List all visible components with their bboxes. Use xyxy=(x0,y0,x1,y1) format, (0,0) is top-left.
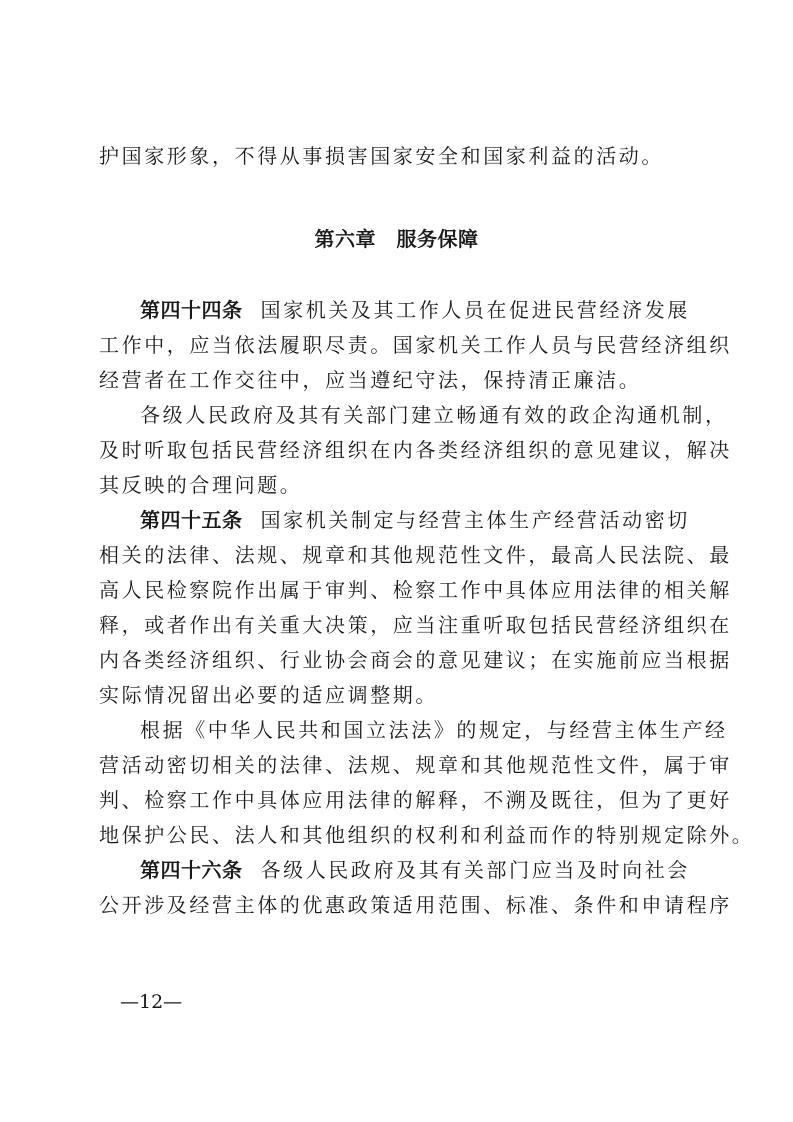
article-label: 第四十六条 xyxy=(140,858,243,882)
article-label: 第四十五条 xyxy=(140,508,243,532)
article-label: 第四十四条 xyxy=(140,298,243,322)
article-44-first-line: 第四十四条国家机关及其工作人员在促进民营经济发展 xyxy=(99,298,695,322)
text-line: 实际情况留出必要的适应调整期。 xyxy=(99,683,695,707)
article-text: 各级人民政府及其有关部门应当及时向社会 xyxy=(261,858,690,882)
text-line: 营活动密切相关的法律、法规、规章和其他规范性文件，属于审 xyxy=(99,753,695,777)
text-line: 地保护公民、法人和其他组织的权利和利益而作的特别规定除外。 xyxy=(99,823,695,847)
text-line: 判、检察工作中具体应用法律的解释，不溯及既往，但为了更好 xyxy=(99,788,695,812)
text-line: 工作中，应当依法履职尽责。国家机关工作人员与民营经济组织 xyxy=(99,333,695,357)
text-line: 护国家形象，不得从事损害国家安全和国家利益的活动。 xyxy=(99,144,695,168)
text-line: 相关的法律、法规、规章和其他规范性文件，最高人民法院、最 xyxy=(99,543,695,567)
paragraph-first-line: 根据《中华人民共和国立法法》的规定，与经营主体生产经 xyxy=(99,718,695,742)
article-46-first-line: 第四十六条各级人民政府及其有关部门应当及时向社会 xyxy=(99,858,695,882)
text-line: 及时听取包括民营经济组织在内各类经济组织的意见建议，解决 xyxy=(99,438,695,462)
text-line: 公开涉及经营主体的优惠政策适用范围、标准、条件和申请程序 xyxy=(99,893,695,917)
text-line: 内各类经济组织、行业协会商会的意见建议；在实施前应当根据 xyxy=(99,648,695,672)
text-line: 高人民检察院作出属于审判、检察工作中具体应用法律的相关解 xyxy=(99,578,695,602)
page-number: —12— xyxy=(120,990,182,1014)
article-text: 国家机关及其工作人员在促进民营经济发展 xyxy=(261,298,690,322)
chapter-heading: 第六章 服务保障 xyxy=(0,227,793,251)
article-text: 国家机关制定与经营主体生产经营活动密切 xyxy=(261,508,690,532)
text-line: 经营者在工作交往中，应当遵纪守法，保持清正廉洁。 xyxy=(99,368,695,392)
document-page: 护国家形象，不得从事损害国家安全和国家利益的活动。 第六章 服务保障 第四十四条… xyxy=(0,0,793,1122)
text-line: 释，或者作出有关重大决策，应当注重听取包括民营经济组织在 xyxy=(99,613,695,637)
paragraph-first-line: 各级人民政府及其有关部门建立畅通有效的政企沟通机制， xyxy=(99,403,695,427)
article-45-first-line: 第四十五条国家机关制定与经营主体生产经营活动密切 xyxy=(99,508,695,532)
text-line: 其反映的合理问题。 xyxy=(99,473,695,497)
